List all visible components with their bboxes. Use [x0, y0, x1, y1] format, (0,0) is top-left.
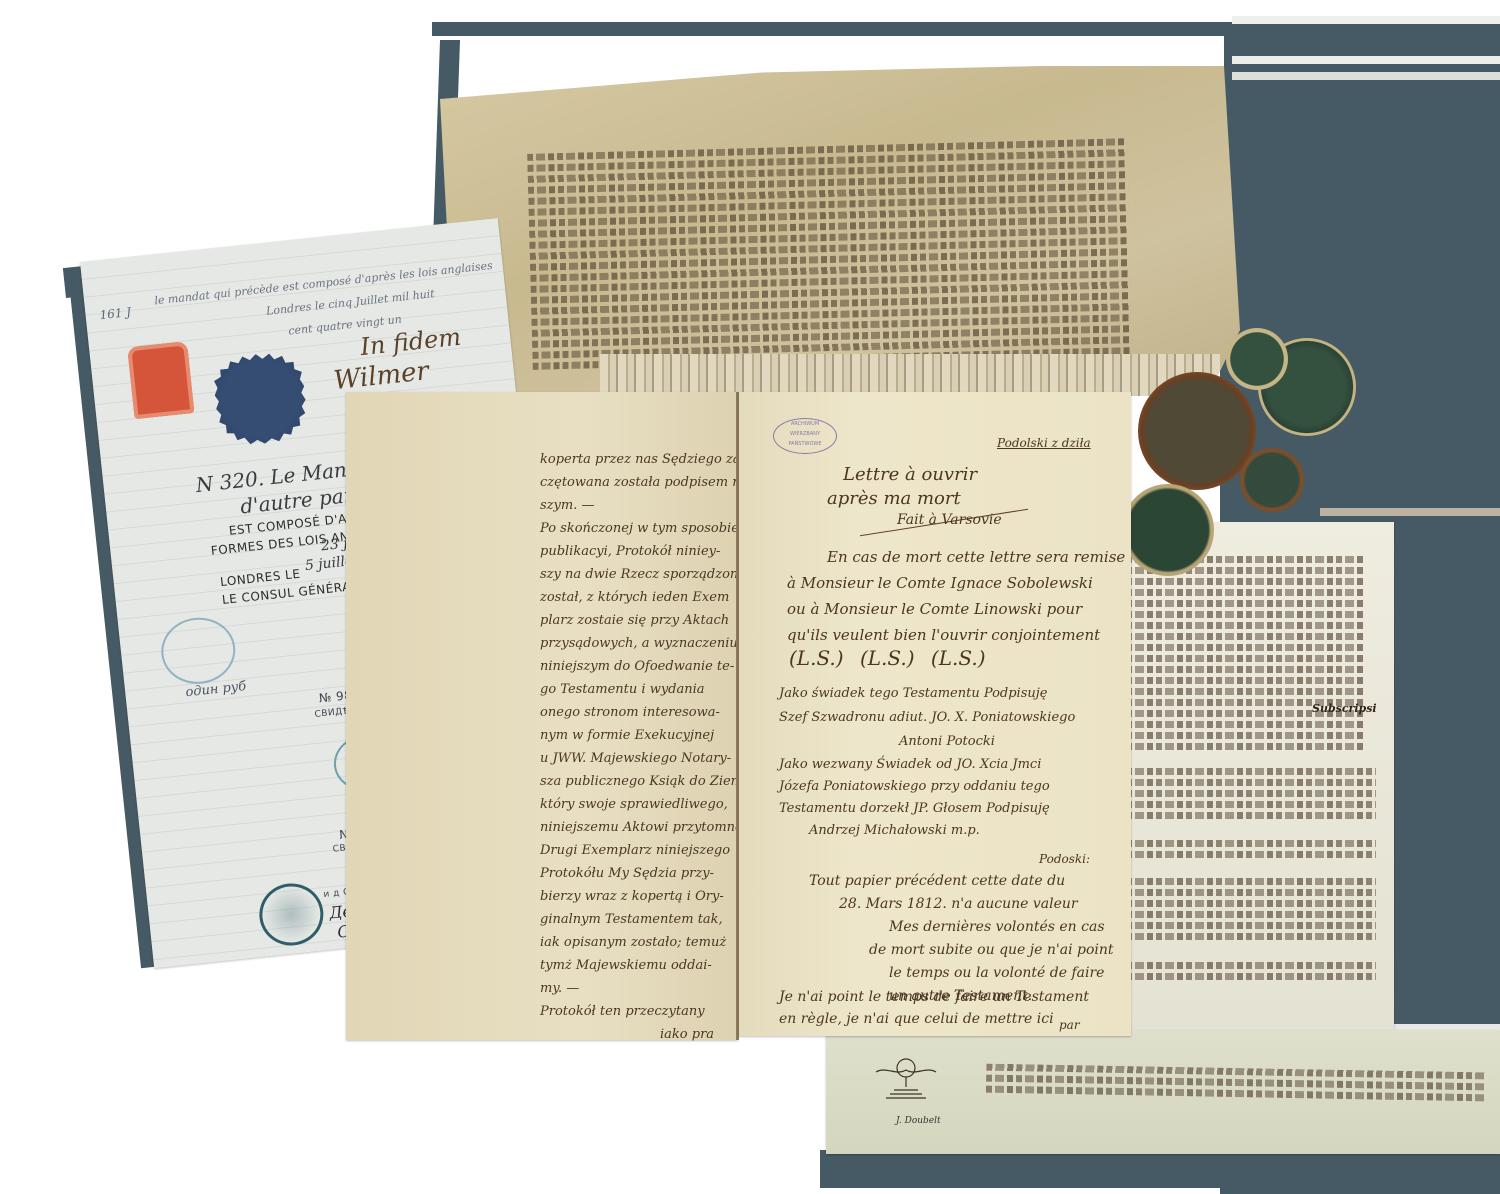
place-varsovie: Fait à Varsovie — [897, 512, 1002, 528]
left-line: go Testamentu i wydania — [540, 678, 763, 701]
charter-right-text-2 — [1126, 768, 1376, 824]
witness-1: Jako świadek tego Testamentu Podpisuję S… — [779, 682, 1075, 754]
letter-title-1: Lettre à ouvrir — [843, 464, 977, 485]
witness-signature: Andrzej Michałowski m.p. — [779, 820, 1050, 842]
witness-line: Szef Szwadronu adiut. JO. X. Poniatowski… — [779, 706, 1075, 730]
left-line: publikacyi, Protokół niniey- — [540, 540, 763, 563]
charter-text-block — [527, 138, 1133, 384]
podoski-signature: Podoski: — [1039, 852, 1090, 866]
left-line: czętowana została podpisem na — [540, 471, 763, 494]
signature-name: Wilmer — [332, 356, 430, 396]
ls-mark: (L.S.) — [789, 646, 844, 670]
letter-title-2: après ma mort — [827, 488, 961, 509]
charter-right: Subscripsi — [1116, 522, 1394, 1032]
charter-right-text-5 — [1126, 962, 1376, 986]
charter-bottom: J. Doubelt — [826, 1030, 1500, 1154]
green-seal-lower-left-icon — [1122, 484, 1214, 576]
ls-mark: (L.S.) — [931, 646, 986, 670]
body-line: En cas de mort cette lettre sera remise — [787, 544, 1125, 570]
closing-text: Je n'ai point le temps de faire un Testa… — [779, 986, 1089, 1030]
charter-right-text — [1126, 556, 1366, 756]
notarial-mark-icon — [866, 1050, 946, 1120]
backdrop-cutout-7 — [1320, 508, 1500, 516]
subscripsi-mark: Subscripsi — [1312, 702, 1377, 715]
witness-signature: Antoni Potocki — [779, 730, 1075, 754]
brown-ship-seal-icon — [1138, 372, 1256, 490]
left-line: sza publicznego Ksiąk do Ziemi — [540, 770, 763, 793]
body-line: ou à Monsieur le Comte Linowski pour — [787, 596, 1125, 622]
left-line: tymż Majewskiemu oddai- — [540, 954, 763, 977]
archive-stamp-mid: WIERZBANY — [774, 429, 836, 439]
annulment-line: de mort subite ou que je n'ai point — [809, 939, 1114, 962]
annulment-line: Mes dernières volontés en cas — [809, 916, 1114, 939]
witness-2: Jako wezwany Świadek od JO. Xcia Jmci Jó… — [779, 754, 1050, 842]
blue-notary-seal — [211, 349, 310, 448]
left-line: Po skończonej w tym sposobie — [540, 517, 763, 540]
left-line: iako pra — [540, 1023, 763, 1046]
left-line: ginalnym Testamentem tak, — [540, 908, 763, 931]
revenue-stamp — [127, 341, 194, 419]
left-line: onego stronom interesowa- — [540, 701, 763, 724]
left-line: koperta przez nas Sędziego zapie — [540, 448, 763, 471]
folio-number: 161 J — [99, 305, 132, 322]
annulment-line: 28. Mars 1812. n'a aucune valeur — [809, 893, 1114, 916]
left-line: nym w formie Exekucyjnej — [540, 724, 763, 747]
left-line: u JWW. Majewskiego Notary- — [540, 747, 763, 770]
closing-line: Je n'ai point le temps de faire un Testa… — [779, 986, 1089, 1008]
backdrop-cutout-2 — [1232, 56, 1500, 64]
left-line: iak opisanym zostało; temuż — [540, 931, 763, 954]
archive-stamp: ARCHIWUM WIERZBANY PAŃSTWOWE — [773, 418, 837, 454]
backdrop-cutout-1 — [1232, 16, 1500, 24]
court-stamp — [256, 880, 326, 948]
ls-mark: (L.S.) — [860, 646, 915, 670]
left-line: Protokółu My Sędzia przy- — [540, 862, 763, 885]
witness-line: Jako świadek tego Testamentu Podpisuję — [779, 682, 1075, 706]
closing-line: en règle, je n'ai que celui de mettre ic… — [779, 1008, 1089, 1030]
closing-par: par — [1059, 1018, 1080, 1032]
charter-right-text-3 — [1126, 840, 1376, 862]
testament-right-page: ARCHIWUM WIERZBANY PAŃSTWOWE Podolski z … — [739, 392, 1131, 1036]
seal-marks: (L.S.) (L.S.) (L.S.) — [789, 646, 986, 670]
blue-stamp-eagle-1 — [158, 614, 238, 687]
left-line: niniejszym do Ofoedwanie te- — [540, 655, 763, 678]
left-line: bierzy wraz z kopertą i Ory- — [540, 885, 763, 908]
letter-body: En cas de mort cette lettre sera remise … — [787, 544, 1125, 648]
left-line: który swoje sprawiedliwego, — [540, 793, 763, 816]
testament-left-page: koperta przez nas Sędziego zapie czętowa… — [346, 392, 738, 1040]
medieval-charter-top — [440, 66, 1240, 396]
left-line: przysądowych, a wyznaczeniu — [540, 632, 763, 655]
header-podoski: Podolski z dziła — [997, 436, 1091, 450]
annulment-line: le temps ou la volonté de faire — [809, 962, 1114, 985]
archive-stamp-top: ARCHIWUM — [774, 419, 836, 429]
left-line: my. — — [540, 977, 763, 1000]
left-line: szym. — — [540, 494, 763, 517]
left-line: Drugi Exemplarz niniejszego — [540, 839, 763, 862]
small-green-seal-top-icon — [1226, 328, 1288, 390]
left-line: plarz zostaie się przy Aktach — [540, 609, 763, 632]
small-brown-seal-icon — [1240, 448, 1304, 512]
annulment-line: Tout papier précédent cette date du — [809, 870, 1114, 893]
witness-line: Testamentu dorzekł JP. Głosem Podpisuję — [779, 798, 1050, 820]
left-line: został, z których ieden Exem — [540, 586, 763, 609]
notarial-caption: J. Doubelt — [896, 1116, 941, 1126]
backdrop-cutout-3 — [1232, 72, 1500, 80]
witness-line: Jako wezwany Świadek od JO. Xcia Jmci — [779, 754, 1050, 776]
left-line: szy na dwie Rzecz sporządzony — [540, 563, 763, 586]
left-line: niniejszemu Aktowi przytomnego. — [540, 816, 763, 839]
left-line: Protokół ten przeczytany — [540, 1000, 763, 1023]
charter-right-text-4 — [1126, 878, 1376, 944]
witness-line: Józefa Poniatowskiego przy oddaniu tego — [779, 776, 1050, 798]
left-page-lines: koperta przez nas Sędziego zapie czętowa… — [540, 448, 763, 1046]
body-line: qu'ils veulent bien l'ouvrir conjointeme… — [787, 622, 1125, 648]
archive-stamp-bottom: PAŃSTWOWE — [774, 439, 836, 449]
charter-fringe — [600, 354, 1220, 396]
body-line: à Monsieur le Comte Ignace Sobolewski — [787, 570, 1125, 596]
backdrop-bottom-strip — [820, 1150, 1380, 1188]
charter-bottom-text — [986, 1064, 1487, 1107]
